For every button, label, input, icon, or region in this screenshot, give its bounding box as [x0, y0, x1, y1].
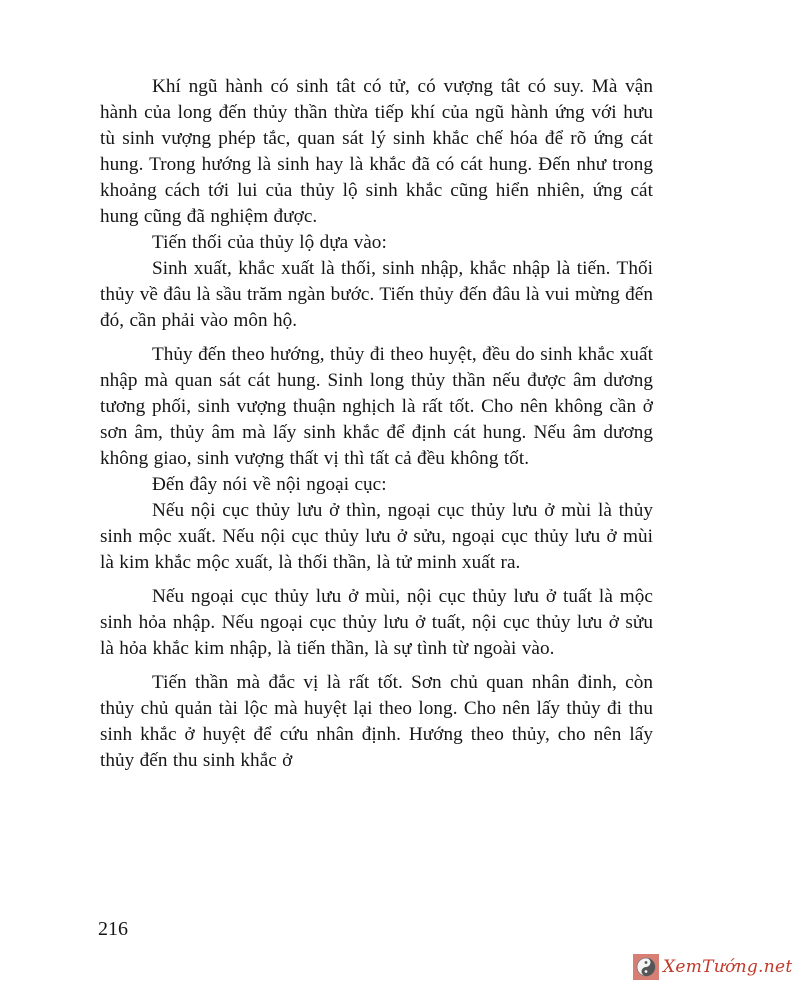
paragraph-4: Thủy đến theo hướng, thủy đi theo huyệt,… [100, 342, 653, 472]
site-watermark: XemTướng.net [633, 954, 792, 980]
page-number: 216 [98, 918, 128, 941]
yin-yang-icon [633, 954, 659, 980]
paragraph-5: Đến đây nói về nội ngoại cục: [100, 472, 653, 498]
paragraph-1: Khí ngũ hành có sinh tât có tử, có vượng… [100, 74, 653, 230]
book-page-text: Khí ngũ hành có sinh tât có tử, có vượng… [100, 74, 653, 774]
paragraph-6: Nếu nội cục thủy lưu ở thìn, ngoại cục t… [100, 498, 653, 576]
paragraph-7: Nếu ngoại cục thủy lưu ở mùi, nội cục th… [100, 584, 653, 662]
paragraph-2: Tiến thối của thủy lộ dựa vào: [100, 230, 653, 256]
paragraph-3: Sinh xuất, khắc xuất là thối, sinh nhập,… [100, 256, 653, 334]
paragraph-8: Tiến thần mà đắc vị là rất tốt. Sơn chủ … [100, 670, 653, 774]
watermark-text: XemTướng.net [663, 957, 792, 977]
